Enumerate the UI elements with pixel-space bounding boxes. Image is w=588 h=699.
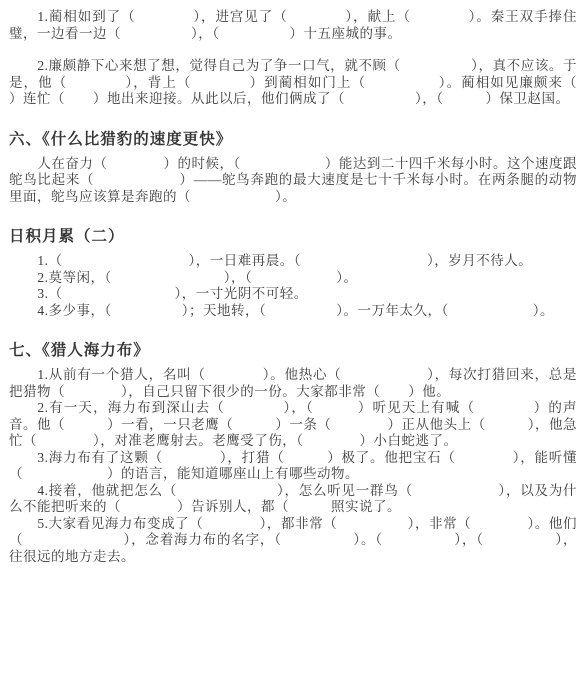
daily-accumulation-item-1: 1.（ ），一日难再晨。（ ），岁月不待人。 — [9, 253, 577, 270]
question-paragraph-lin-xiangru: 1.蔺相如到了（ ），进宫见了（ ），献上（ ）。秦王双手捧住璧，一边看一边（ … — [9, 9, 577, 42]
daily-accumulation-item-3: 3.（ ），一寸光阴不可轻。 — [9, 286, 577, 303]
daily-accumulation-item-4: 4.多少事，（ ）；天地转，（ ）。一万年太久，（ ）。 — [9, 303, 577, 320]
daily-accumulation-heading: 日积月累（二） — [9, 224, 577, 246]
section-6-heading: 六、《什么比猎豹的速度更快》 — [9, 127, 577, 149]
hailibu-question-2: 2.有一天，海力布到深山去（ ），（ ）听见天上有喊（ ）的声音。他（ ）一看，… — [9, 400, 577, 450]
hailibu-question-1: 1.从前有一个猎人，名叫（ ）。他热心（ ），每次打猎回来，总是把猎物（ ），自… — [9, 367, 577, 400]
hailibu-question-4: 4.接着，他就把怎么（ ），怎么听见一群鸟（ ），以及为什么不能把听来的（ ）告… — [9, 483, 577, 516]
worksheet-page: 1.蔺相如到了（ ），进宫见了（ ），献上（ ）。秦王双手捧住璧，一边看一边（ … — [0, 0, 588, 565]
hailibu-question-5: 5.大家看见海力布变成了（ ），都非常（ ），非常（ ）。他们（ ），念着海力布… — [9, 516, 577, 566]
hailibu-question-3: 3.海力布有了这颗（ ），打猎（ ）极了。他把宝石（ ），能听懂（ ）的语言，能… — [9, 450, 577, 483]
daily-accumulation-item-2: 2.莫等闲，（ ），（ ）。 — [9, 270, 577, 287]
section-6-paragraph: 人在奋力（ ）的时候，（ ）能达到二十四千米每小时。这个速度跟鸵鸟比起来（ ）—… — [9, 156, 577, 206]
section-7-heading: 七、《猎人海力布》 — [9, 338, 577, 360]
question-paragraph-lian-po: 2.廉颇静下心来想了想，觉得自己为了争一口气，就不顾（ ），真不应该。于是，他（… — [9, 58, 577, 108]
